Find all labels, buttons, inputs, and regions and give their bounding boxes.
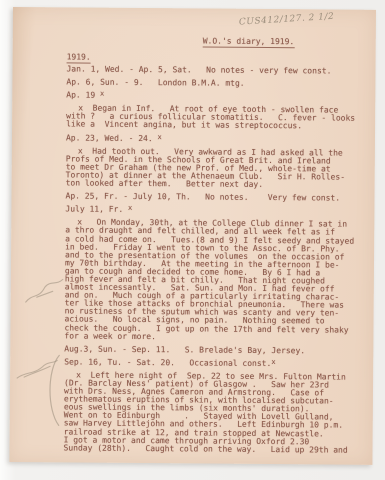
archival-reference-annotation: CUS412/127. 2 1/2 — [239, 9, 379, 28]
scan-background: { "annotation": "CUS412/127. 2 1/2", "pa… — [0, 0, 385, 480]
footnote-marker: x — [100, 90, 104, 98]
entry-text: Ap. 23, Wed. - 24. — [66, 133, 158, 143]
diary-entry: Aug.3, Sun. - Sep. 11. S. Brelade's Bay,… — [64, 345, 366, 355]
diary-entry: Ap. 19 x — [66, 92, 368, 102]
entry-text: Ap. 25, Fr. - July 10, Th. No notes. Ver… — [65, 192, 340, 203]
diary-footnote: x Had tooth out. Very awkward as I had a… — [66, 147, 368, 190]
footnote-marker: x — [271, 358, 275, 366]
entry-text: Ap. 6, Sun. - 9. London B.M.A. mtg. — [66, 78, 244, 88]
entry-text: Ap. 19 — [66, 91, 100, 100]
diary-entry: July 11, Fr. x — [65, 206, 367, 216]
entry-text: Jan. 1, Wed. - Ap. 5, Sat. No notes - ve… — [66, 64, 331, 75]
year-heading: 1919. — [67, 52, 91, 63]
margin-parenthesis-mark — [44, 353, 63, 427]
diary-entry: Ap. 6, Sun. - 9. London B.M.A. mtg. — [66, 79, 368, 89]
diary-entry: Jan. 1, Wed. - Ap. 5, Sat. No notes - ve… — [66, 65, 368, 75]
entry-text: Aug.3, Sun. - Sep. 11. S. Brelade's Bay,… — [64, 344, 305, 355]
diary-entry: Sep. 16, Tu. - Sat. 20. Occasional const… — [64, 358, 366, 368]
footnote-marker: x — [128, 204, 132, 212]
diary-footnote: x On Monday, 30th, at the College Club d… — [64, 219, 367, 343]
diary-footnote: x Began in Inf. At root of eye tooth - s… — [66, 105, 368, 132]
footnote-marker: x — [157, 133, 161, 141]
margin-pencil-mark — [23, 275, 71, 309]
entry-text: Sep. 16, Tu. - Sat. 20. Occasional const… — [64, 357, 271, 368]
diary-entry: Ap. 25, Fr. - July 10, Th. No notes. Ver… — [65, 193, 367, 203]
diary-entries: Jan. 1, Wed. - Ap. 5, Sat. No notes - ve… — [63, 65, 368, 459]
diary-entry: Ap. 23, Wed. - 24. x — [66, 134, 368, 144]
page-title: W.O.'s diary, 1919. — [203, 36, 295, 48]
paper-page: CUS412/127. 2 1/2 W.O.'s diary, 1919. 19… — [9, 7, 376, 465]
diary-footnote: x Left here night of Sep. 22 to see Mrs.… — [64, 371, 367, 454]
entry-text: July 11, Fr. — [65, 205, 128, 214]
